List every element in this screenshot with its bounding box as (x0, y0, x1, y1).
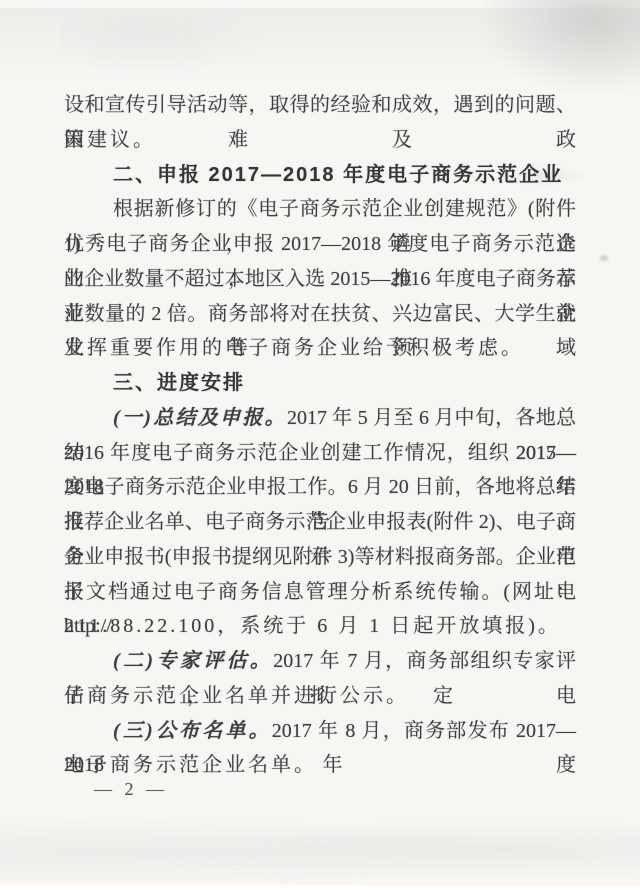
list-item-lead: (三)公布名单。 (113, 720, 272, 742)
list-item-line: (三)公布名单。2017 年 8 月，商务部发布 2017—2018 年度 (64, 714, 576, 749)
scan-shade-bottom (0, 811, 640, 881)
scan-shade-top-left (60, 14, 280, 74)
heading-section-2: 二、申报 2017—2018 年度电子商务示范企业 (64, 158, 576, 193)
scan-edge-bottom (0, 883, 640, 895)
page-number: — 2 — (94, 779, 168, 800)
body-line: 设和宣传引导活动等，取得的经验和成效，遇到的问题、困难及政 (64, 88, 576, 123)
heading-text: 二、申报 2017—2018 年度电子商务示范企业 (113, 164, 563, 186)
scan-shade-top (0, 8, 640, 80)
body-line: 211.88.22.100，系统于 6 月 1 日起开放填报)。 (64, 609, 576, 644)
body-line: 企业申报书(申报书提纲见附件 3)等材料报商务部。企业申报电 (64, 540, 576, 575)
line-text: 211.88.22.100，系统于 6 月 1 日起开放填报)。 (64, 615, 561, 637)
body-line: 业数量的 2 倍。商务部将对在扶贫、兴边富民、大学生就业等领域 (64, 297, 576, 332)
list-item-line: (一)总结及申报。2017 年 5 月至 6 月中旬，各地总结 2015— (64, 401, 576, 436)
line-text: 发挥重要作用的电子商务企业给予积极考虑。 (64, 337, 524, 359)
list-item-lead: (二)专家评估。 (113, 650, 273, 672)
body-line: 的企业数量不超过本地区入选 2015—2016 年度电子商务示范企 (64, 262, 576, 297)
body-line: 2016 年度电子商务示范企业创建工作情况，组织 2017—2018 年 (64, 436, 576, 471)
body-line: 推荐企业名单、电子商务示范企业申报表(附件 2)、电子商务示范 (64, 505, 576, 540)
body-line: 子文档通过电子商务信息管理分析系统传输。(网址：http:// (64, 575, 576, 610)
line-text: 子商务示范企业名单并进行公示。 (64, 685, 409, 707)
heading-text: 三、进度安排 (113, 372, 245, 394)
list-item-lead: (一)总结及申报。 (113, 407, 287, 429)
body-line: 优秀电子商务企业申报 2017—2018 年度电子商务示范企业，推荐 (64, 227, 576, 262)
scan-shade-top-right (480, 0, 640, 95)
body-line: 发挥重要作用的电子商务企业给予积极考虑。 (64, 331, 576, 366)
body-line: 度电子商务示范企业申报工作。6 月 20 日前，各地将总结报告、 (64, 470, 576, 505)
body-line: 根据新修订的《电子商务示范企业创建规范》(附件 1)，遴选 (64, 192, 576, 227)
scan-speck (600, 255, 608, 261)
document-page: 设和宣传引导活动等，取得的经验和成效，遇到的问题、困难及政 策建议。 二、申报 … (0, 0, 640, 895)
line-text: 电子商务示范企业名单。 (64, 754, 317, 776)
page-content: 设和宣传引导活动等，取得的经验和成效，遇到的问题、困难及政 策建议。 二、申报 … (64, 88, 576, 783)
heading-section-3: 三、进度安排 (64, 366, 576, 401)
list-item-line: (二)专家评估。2017 年 7 月，商务部组织专家评估，拟定电 (64, 644, 576, 679)
line-text: 策建议。 (64, 129, 156, 151)
